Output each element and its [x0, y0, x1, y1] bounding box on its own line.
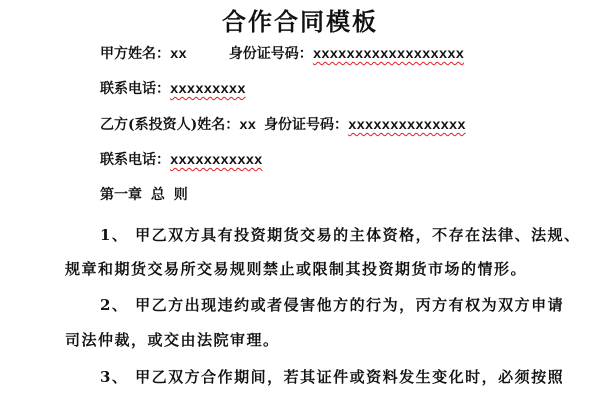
- party-a-name-label: 甲方姓名：: [100, 46, 170, 62]
- party-b-name-value: xx: [239, 118, 256, 134]
- clause-2-line-1: 2、 甲乙方出现违约或者侵害他方的行为，丙方有权为双方申请: [100, 296, 564, 314]
- clause-1-line-2: 规章和期货交易所交易规则禁止或限制其投资期货市场的情形。: [65, 260, 527, 278]
- clause-3-line-1: 3、 甲乙双方合作期间，若其证件或资料发生变化时，必须按照: [100, 368, 564, 386]
- party-a-name-value: xx: [170, 47, 187, 63]
- party-b-info-line: 乙方(系投资人)姓名：xx身份证号码：xxxxxxxxxxxxxx: [100, 116, 466, 135]
- document-page: 合作合同模板 甲方姓名：xx身份证号码：xxxxxxxxxxxxxxxxxx 联…: [0, 0, 600, 400]
- party-b-phone-line: 联系电话：xxxxxxxxxxx: [100, 151, 262, 170]
- party-b-phone-value: xxxxxxxxxxx: [170, 153, 262, 169]
- party-a-id-value: xxxxxxxxxxxxxxxxxx: [313, 47, 464, 63]
- party-b-phone-label: 联系电话：: [100, 152, 170, 168]
- party-a-phone-value: xxxxxxxxx: [170, 82, 246, 98]
- party-a-phone-line: 联系电话：xxxxxxxxx: [100, 80, 246, 99]
- party-b-id-value: xxxxxxxxxxxxxx: [348, 118, 466, 134]
- party-b-name-label: 乙方(系投资人)姓名：: [100, 117, 239, 133]
- party-b-id-label: 身份证号码：: [264, 117, 348, 133]
- clause-1-line-1: 1、 甲乙双方具有投资期货交易的主体资格，不存在法律、法规、: [100, 226, 581, 244]
- party-a-info-line: 甲方姓名：xx身份证号码：xxxxxxxxxxxxxxxxxx: [100, 45, 464, 64]
- clause-2-line-2: 司法仲裁，或交由法院审理。: [65, 331, 280, 349]
- party-a-phone-label: 联系电话：: [100, 81, 170, 97]
- document-title: 合作合同模板: [0, 2, 600, 37]
- chapter-heading: 第一章 总 则: [100, 186, 188, 204]
- party-a-id-label: 身份证号码：: [229, 46, 313, 62]
